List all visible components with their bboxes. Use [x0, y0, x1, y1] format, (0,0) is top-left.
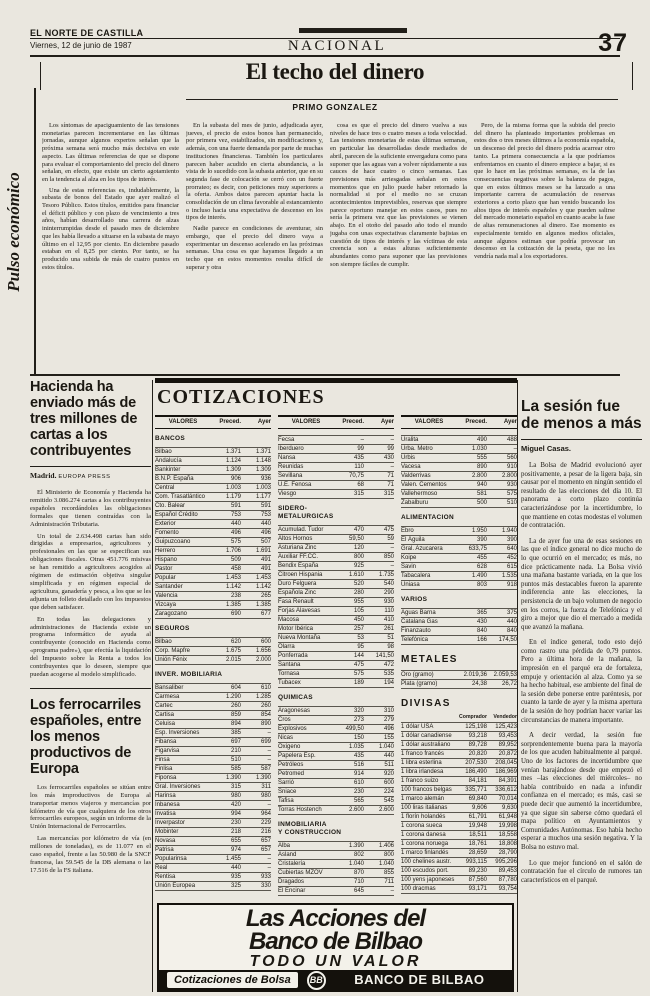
quote-row: Savin628615: [401, 563, 517, 572]
ad-headline: Las Acciones del Banco de Bilbao TODO UN…: [159, 905, 512, 970]
quote-row: Fasa Renault955930: [278, 598, 394, 607]
quote-row: Com. Trasatlántico1.1791.177: [155, 493, 271, 502]
kicker-rule: [34, 88, 36, 374]
quote-section-title: ALIMENTACION: [401, 514, 517, 522]
quote-row: Cto. Balear591591: [155, 502, 271, 511]
quote-row: Petromed914920: [278, 770, 394, 779]
quote-row: Santander1.1421.142: [155, 583, 271, 592]
paragraph: Un total de 2.634.498 cartas han sido di…: [30, 533, 151, 612]
quote-row: 1 corona sueca19,94819,998: [401, 822, 517, 831]
quote-row: Urba. Metro1.030–: [401, 445, 517, 454]
quote-row: Inverpastor230229: [155, 819, 271, 828]
quote-row: Catalana Gas430440: [401, 618, 517, 627]
main-article-column-4: Pero, de la misma forma que la subida de…: [474, 122, 615, 374]
quote-row: Santana475472: [278, 661, 394, 670]
ad-line-2: Banco de Bilbao: [159, 930, 512, 953]
quote-row: Sniace230224: [278, 788, 394, 797]
quote-row: Finsa510–: [155, 756, 271, 765]
quote-row: Vacesa890910: [401, 463, 517, 472]
quote-row: Plata (gramo)24,3826,72: [401, 680, 517, 689]
quote-row: Exterior440440: [155, 520, 271, 529]
quote-row: 100 chelines austr.993,115995,296: [401, 858, 517, 867]
cotizaciones-columns: VALORESPreced.AyerBANCOSBilbao1.3711.371…: [155, 415, 517, 897]
quote-row: Guipuzcoano575507: [155, 538, 271, 547]
quote-row: 1 marco alemán69,84070,014: [401, 795, 517, 804]
quote-row: Valen. Cementos940930: [401, 481, 517, 490]
quote-row: Explosivos499,50496: [278, 725, 394, 734]
quote-row: 1 dólar USA125,198125,423: [401, 722, 517, 732]
quote-row: Harinsa980980: [155, 792, 271, 801]
byline-rule: [186, 99, 618, 100]
quote-row: Patrisa974657: [155, 846, 271, 855]
quote-column-header: VALORESPreced.Ayer: [401, 415, 517, 429]
quote-section-title: QUIMICAS: [278, 694, 394, 702]
column-rule-right: [517, 380, 518, 992]
quote-row: Bilbao1.3711.371: [155, 447, 271, 457]
quote-row: Uniasa803918: [401, 581, 517, 590]
rule: [30, 466, 151, 467]
quote-row: Nansa435430: [278, 454, 394, 463]
bolsa-headline: La sesión fue de menos a más: [521, 398, 642, 432]
quote-section-title: DIVISAS: [401, 698, 517, 709]
quote-row: Petróleos516511: [278, 761, 394, 770]
quote-row: Acumulad. Tudor470475: [278, 525, 394, 535]
page-number: 37: [598, 32, 628, 55]
ad-line-1: Las Acciones del: [159, 907, 512, 930]
quote-row: Central1.0031.003: [155, 484, 271, 493]
cotizaciones-table: COTIZACIONES VALORESPreced.AyerBANCOSBil…: [155, 378, 517, 900]
quote-row: Bendix España925–: [278, 562, 394, 571]
quote-row: Andalucía1.1241.148: [155, 457, 271, 466]
quote-row: Dragados710711: [278, 878, 394, 887]
quote-section-title: BANCOS: [155, 435, 271, 443]
header-rule-bottom: [30, 55, 620, 57]
section-divider: [30, 374, 620, 376]
divisas-subheader: CompradorVendedor: [401, 714, 517, 721]
ad-brand-name: BANCO DE BILBAO: [335, 973, 504, 987]
left-column: Hacienda ha enviado más de tres millones…: [30, 379, 151, 993]
quote-row: Esp. Inversiones385–: [155, 729, 271, 738]
hacienda-headline: Hacienda ha enviado más de tres millones…: [30, 379, 151, 459]
quote-column-header: VALORESPreced.Ayer: [155, 415, 271, 429]
dateline-agency: EUROPA PRESS: [58, 474, 110, 480]
section-top-bar: [299, 28, 407, 33]
quote-row: Citroen Hispania1.6101.735: [278, 571, 394, 580]
quote-row: Asland802800: [278, 851, 394, 860]
quote-row: Invatisa994964: [155, 810, 271, 819]
quote-row: Tabacalera1.4901.535: [401, 572, 517, 581]
quote-row: Vallehermoso581575: [401, 490, 517, 499]
quote-row: Cros273279: [278, 716, 394, 725]
quote-row: Aguas Barna365375: [401, 608, 517, 618]
quote-row: Fibansa697699: [155, 738, 271, 747]
quote-row: El Encinar645–: [278, 887, 394, 896]
quote-row: Celuisa894890: [155, 720, 271, 729]
cotizaciones-top-bar: [155, 378, 517, 383]
quote-row: Valderrivas2.8002.800: [401, 472, 517, 481]
banco-bilbao-ad: Las Acciones del Banco de Bilbao TODO UN…: [157, 903, 514, 992]
quote-row: Finanzauto840840: [401, 627, 517, 636]
quote-section-title: INMOBILIARIA Y CONSTRUCCION: [278, 821, 394, 837]
quote-row: Real440–: [155, 864, 271, 873]
quote-row: Bilbao620600: [155, 637, 271, 647]
paragraph: Los ferrocarriles españoles se sitúan en…: [30, 784, 151, 831]
quote-row: U.E. Fenosa6871: [278, 481, 394, 490]
section-title: NACIONAL: [238, 39, 436, 54]
main-headline: El techo del dinero: [140, 59, 530, 85]
main-article-column-1: Los síntomas de apaciguamiento de las te…: [42, 122, 179, 374]
paragraph: En el índice general, todo esto dejó com…: [521, 639, 642, 725]
quote-row: 100 yens japoneses87,56087,780: [401, 876, 517, 885]
quote-row: Bankinter1.3091.309: [155, 466, 271, 475]
column-rule-left: [152, 380, 153, 992]
quote-row: Ebro1.9501.940: [401, 526, 517, 536]
paragraph: A decir verdad, la sesión fue sorprenden…: [521, 732, 642, 852]
paragraph: En todas las delegaciones y administraci…: [30, 616, 151, 679]
headline-tick-left: [40, 62, 41, 90]
rule: [30, 688, 151, 689]
cotizaciones-title: COTIZACIONES: [157, 387, 517, 408]
quote-row: 100 escudos port.89,23089,453: [401, 867, 517, 876]
quote-row: El Águila390390: [401, 536, 517, 545]
paragraph: El Ministerio de Economía y Hacienda ha …: [30, 489, 151, 529]
quote-row: Forjas Alavesas105110: [278, 607, 394, 616]
quote-row: Sarrió610600: [278, 779, 394, 788]
ad-cotizaciones-box: Cotizaciones de Bolsa: [167, 972, 298, 988]
quote-row: Eurobuilding205235: [278, 896, 394, 897]
quote-row: Iberduero9999: [278, 445, 394, 454]
quote-row: Hispano509491: [155, 556, 271, 565]
ferrocarriles-body: Los ferrocarriles españoles se sitúan en…: [30, 784, 151, 875]
quote-row: Mobinter218216: [155, 828, 271, 837]
quote-row: Española Zinc280290: [278, 589, 394, 598]
quote-row: Viesgo315315: [278, 490, 394, 499]
paragraph: Una de estas referencias es, indudableme…: [42, 187, 179, 272]
quote-row: Ponferrada144141,50: [278, 652, 394, 661]
quote-row: Unión Fénix2.0152.000: [155, 656, 271, 665]
paragraph: La Bolsa de Madrid evolucionó ayer posit…: [521, 462, 642, 531]
quote-row: 1 dólar canadiense93,21893,453: [401, 732, 517, 741]
quote-row: Uralita490488: [401, 435, 517, 445]
quote-row: Rentisa935933: [155, 873, 271, 882]
dateline: Madrid. EUROPA PRESS: [30, 471, 151, 482]
quote-row: Cubiertas MZOV870855: [278, 869, 394, 878]
quote-row: Cartisa859854: [155, 711, 271, 720]
quote-row: Macosa450410: [278, 616, 394, 625]
quote-row: Valencia238265: [155, 592, 271, 601]
quote-row: 1 franco suizo84,18184,391: [401, 777, 517, 786]
bolsa-body: La Bolsa de Madrid evolucionó ayer posit…: [521, 462, 642, 885]
paragraph: Pero, de la misma forma que la subida de…: [474, 122, 615, 261]
quote-row: Novasa655657: [155, 837, 271, 846]
main-article-column-2: En la subasta del mes de junio, adjudica…: [186, 122, 323, 374]
quote-column-header: VALORESPreced.Ayer: [278, 415, 394, 429]
quote-column-3: VALORESPreced.AyerUralita490488Urba. Met…: [401, 415, 517, 897]
quote-row: Altos Hornos59,5059: [278, 535, 394, 544]
quote-row: Inbanesa420–: [155, 801, 271, 810]
quote-section-title: INVER. MOBILIARIA: [155, 671, 271, 679]
quote-column-2: VALORESPreced.AyerFecsa––Iberduero9999Na…: [278, 415, 394, 897]
dateline-city: Madrid.: [30, 471, 56, 480]
paragraph: Lo que mejor funcionó en el salón de con…: [521, 860, 642, 886]
quote-row: Telefónica166174,50: [401, 636, 517, 645]
quote-row: Nueva Montaña5351: [278, 634, 394, 643]
quote-row: Pastor458491: [155, 565, 271, 574]
quote-row: 100 dracmas93,17193,754: [401, 885, 517, 894]
paragraph: Los síntomas de apaciguamiento de las te…: [42, 122, 179, 184]
banco-bilbao-logo: BB: [307, 971, 326, 990]
quote-row: Gral. Inversiones315311: [155, 783, 271, 792]
paragraph: Las mercancías por kilómetro de vía (en …: [30, 835, 151, 875]
quote-row: 100 liras italianas9,6069,630: [401, 804, 517, 813]
quote-row: 1 corona noruega18,76118,808: [401, 840, 517, 849]
quote-row: Gral. Azucarera633,75640: [401, 545, 517, 554]
quote-row: Asturiana Zinc120–: [278, 544, 394, 553]
quote-row: Zaragozano690677: [155, 610, 271, 619]
quote-row: Oxigeno1.0351.040: [278, 743, 394, 752]
quote-row: Koipe455452: [401, 554, 517, 563]
paragraph: Nadie parece en condiciones de aventurar…: [186, 225, 323, 271]
quote-row: Tafisa565545: [278, 797, 394, 806]
quote-row: 100 francos belgas335,771336,612: [401, 786, 517, 795]
quote-row: 1 libra irlandesa186,490186,969: [401, 768, 517, 777]
quote-row: Urbis555560: [401, 454, 517, 463]
ferrocarriles-headline: Los ferrocarriles españoles, entre los m…: [30, 697, 151, 777]
quote-row: Figarvisa210–: [155, 747, 271, 756]
quote-row: Popularinsa1.455–: [155, 855, 271, 864]
quote-row: Vizcaya1.3851.385: [155, 601, 271, 610]
quote-row: 1 libra esterlina207,530208,045: [401, 759, 517, 768]
quote-row: Papelera Esp.435440: [278, 752, 394, 761]
bolsa-article: La sesión fue de menos a más Miguel Casa…: [521, 398, 642, 992]
quote-row: Popular1.4531.453: [155, 574, 271, 583]
quote-row: Nicas150155: [278, 734, 394, 743]
quote-row: Sevillana70,7571: [278, 472, 394, 481]
quote-section-title: SIDERO- METALURGICAS: [278, 505, 394, 521]
quote-row: Español Crédito753753: [155, 511, 271, 520]
quote-row: Torras Hostench2.6002.600: [278, 806, 394, 815]
quote-row: Herrero1.7061.691: [155, 547, 271, 556]
quote-row: Unión Europea325330: [155, 882, 271, 891]
quote-row: Cartec260260: [155, 702, 271, 711]
quote-section-title: SEGUROS: [155, 625, 271, 633]
quote-row: Motor Ibérica257261: [278, 625, 394, 634]
ad-line-3: TODO UN VALOR: [159, 953, 512, 970]
quote-row: 1 florín holandés61,79161,948: [401, 813, 517, 822]
quote-row: 1 franco francés20,82020,872: [401, 750, 517, 759]
quote-row: Reunidas110–: [278, 463, 394, 472]
paragraph: En la subasta del mes de junio, adjudica…: [186, 122, 323, 222]
quote-row: Aragonesas320310: [278, 706, 394, 716]
quote-row: Tornasa575535: [278, 670, 394, 679]
quote-row: 1 marco finlandés28,65928,790: [401, 849, 517, 858]
newspaper-page: EL NORTE DE CASTILLA Viernes, 12 de juni…: [0, 0, 650, 996]
ad-footer-strip: Cotizaciones de Bolsa BB BANCO DE BILBAO: [159, 970, 512, 990]
quote-row: Oro (gramo)2.019,362.059,53: [401, 670, 517, 680]
edition-date: Viernes, 12 de junio de 1987: [30, 41, 132, 50]
quote-row: Auxiliar FF.CC.800850: [278, 553, 394, 562]
quote-row: Corp. Mapfre1.6751.656: [155, 647, 271, 656]
quote-row: B.N.P. España906936: [155, 475, 271, 484]
quote-column-1: VALORESPreced.AyerBANCOSBilbao1.3711.371…: [155, 415, 271, 897]
paragraph: La de ayer fue una de esas sesiones en l…: [521, 538, 642, 633]
headline-tick-right: [632, 62, 633, 90]
quote-row: 1 dólar australiano89,72889,952: [401, 741, 517, 750]
quote-section-title: METALES: [401, 654, 517, 665]
quote-section-title: VARIOS: [401, 596, 517, 604]
hacienda-body: El Ministerio de Economía y Hacienda ha …: [30, 489, 151, 679]
bolsa-byline: Miguel Casas.: [521, 439, 642, 453]
quote-row: Cristalería1.0401.040: [278, 860, 394, 869]
quote-row: Tubacex189194: [278, 679, 394, 688]
vertical-kicker: Pulso económico: [0, 101, 28, 363]
quote-row: Fecsa––: [278, 435, 394, 445]
quote-row: Alba1.3901.406: [278, 841, 394, 851]
quote-row: 1 corona danesa18,51118,558: [401, 831, 517, 840]
quote-row: Zabalburu500510: [401, 499, 517, 508]
paragraph: cosa es que el precio del dinero vuelva …: [330, 122, 467, 268]
quote-row: Olarra9598: [278, 643, 394, 652]
quote-row: Finlisa585587: [155, 765, 271, 774]
main-article-column-3: cosa es que el precio del dinero vuelva …: [330, 122, 467, 374]
main-byline: PRIMO GONZALEZ: [140, 103, 530, 112]
quote-row: Bansaliber604610: [155, 683, 271, 693]
quote-row: Duro Felguera520540: [278, 580, 394, 589]
quote-row: Fomento496496: [155, 529, 271, 538]
quote-row: Carmesa1.2901.285: [155, 693, 271, 702]
quote-row: Fiponsa1.3901.390: [155, 774, 271, 783]
masthead: EL NORTE DE CASTILLA: [30, 29, 143, 38]
